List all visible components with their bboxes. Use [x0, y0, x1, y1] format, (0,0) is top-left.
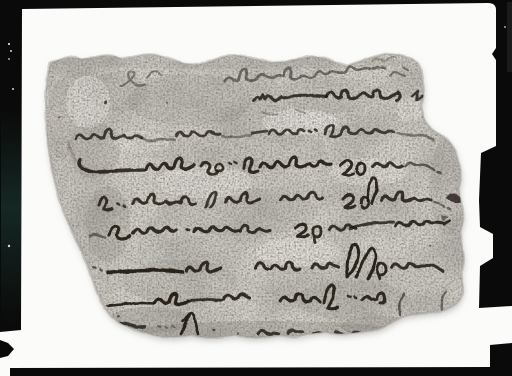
- script-stroke: [252, 131, 267, 133]
- ink-dot: [117, 315, 120, 318]
- dust-speck: [8, 43, 10, 45]
- dust-speck: [8, 245, 10, 247]
- dust-speck: [504, 26, 506, 28]
- ink-dot: [429, 245, 432, 248]
- dust-speck: [8, 58, 10, 60]
- photo-plate: [0, 0, 512, 376]
- dust-speck: [10, 50, 12, 52]
- ink-dot: [237, 332, 239, 334]
- photo-plate-svg: [0, 0, 512, 376]
- manuscript-fragment: [40, 46, 472, 350]
- ink-dot: [249, 119, 251, 121]
- film-border-teal-tint: [1, 110, 21, 325]
- dust-speck: [30, 242, 32, 244]
- ink-dot: [58, 116, 61, 119]
- script-stroke: [187, 229, 189, 230]
- ink-dot: [103, 100, 106, 103]
- ink-dot: [166, 102, 168, 104]
- ink-dot: [213, 329, 216, 332]
- film-edge-strip: [507, 2, 512, 72]
- dust-speck: [12, 88, 14, 90]
